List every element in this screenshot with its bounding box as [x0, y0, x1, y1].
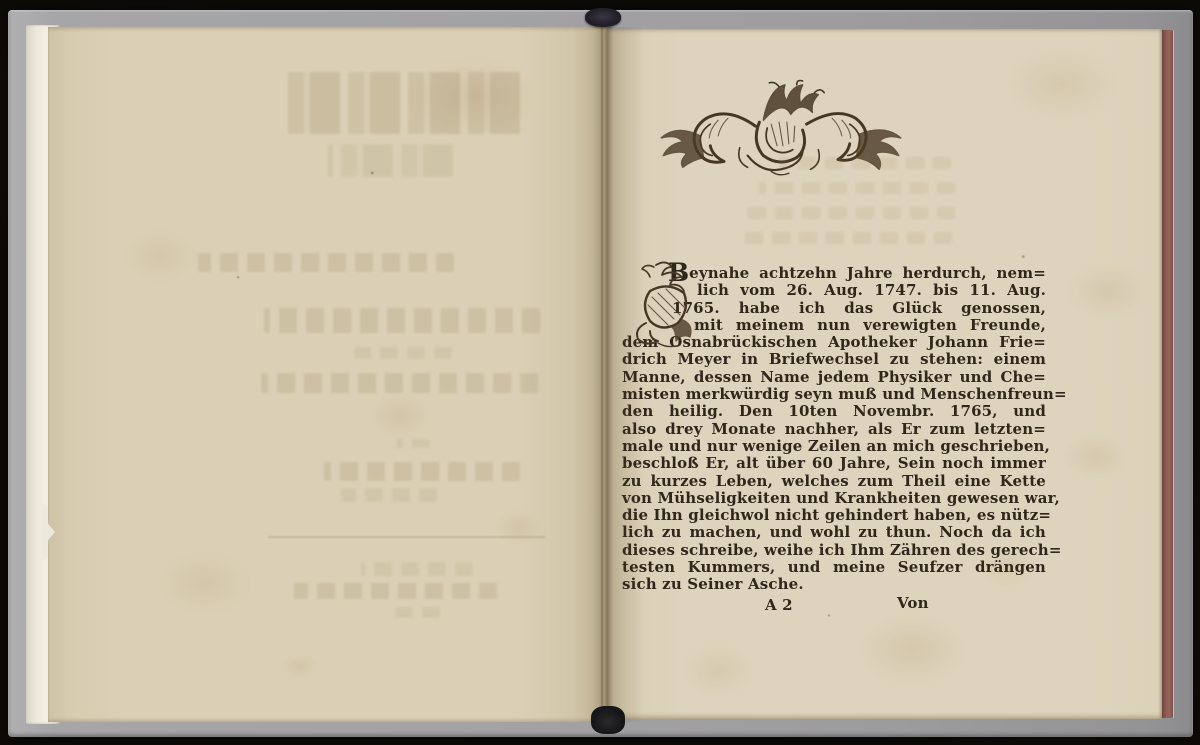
- catchword: Von: [897, 595, 929, 612]
- show-through-line: [354, 347, 452, 359]
- show-through-line: [361, 562, 473, 576]
- text-line: drich Meyer in Briefwechsel zu stehen: e…: [622, 351, 1046, 368]
- show-through-line: [294, 583, 497, 599]
- show-through-subtitle: [328, 144, 453, 177]
- signature-mark: A 2: [765, 597, 793, 614]
- left-page: [48, 27, 607, 722]
- text-line: misten merkwürdig seyn muß und Menschenf…: [622, 386, 1046, 403]
- headband: [585, 8, 621, 27]
- text-line: lich zu machen, und wohl zu thun. Noch d…: [622, 524, 1046, 541]
- fore-edge-red: [1162, 30, 1173, 718]
- text-line: male und nur wenige Zeilen an mich gesch…: [622, 438, 1046, 455]
- show-through-line: [324, 462, 520, 481]
- right-page: Beynahe achtzehn Jahre herdurch, nem= li…: [607, 29, 1162, 719]
- text-line-rest: eynahe achtzehn Jahre herdurch, nem=: [689, 264, 1046, 282]
- text-line: testen Kummers, und meine Seufzer dränge…: [622, 559, 1046, 576]
- show-through-line: [341, 488, 437, 502]
- show-through-line: [737, 232, 952, 244]
- show-through-line: [747, 207, 955, 219]
- gutter-crease: [601, 27, 603, 722]
- show-through-line: [198, 253, 454, 272]
- text-line: den heilig. Den 10ten Novembr. 1765, und: [622, 403, 1046, 420]
- initial-ornament-icon: [628, 257, 710, 351]
- show-through-line: [261, 373, 538, 393]
- tailband: [591, 706, 625, 734]
- catch-row: A 2 Von: [622, 597, 1046, 619]
- text-line: sich zu Seiner Asche.: [622, 576, 1046, 593]
- text-line: Manne, dessen Name jedem Physiker und Ch…: [622, 369, 1046, 386]
- text-line: also drey Monate nachher, als Er zum let…: [622, 421, 1046, 438]
- photo-background: Beynahe achtzehn Jahre herdurch, nem= li…: [0, 0, 1200, 745]
- show-through-line: [391, 607, 440, 618]
- text-line: dieses schreibe, weihe ich Ihm Zähren de…: [622, 542, 1046, 559]
- show-through-line: [779, 157, 951, 169]
- show-through-rule: [268, 536, 546, 538]
- show-through-line: [759, 182, 955, 194]
- text-line: zu kurzes Leben, welches zum Theil eine …: [622, 473, 1046, 490]
- show-through-line: [396, 439, 430, 448]
- show-through-line: [264, 308, 540, 333]
- text-line: von Mühseligkeiten und Krankheiten gewes…: [622, 490, 1046, 507]
- text-line: beschloß Er, alt über 60 Jahre, Sein noc…: [622, 455, 1046, 472]
- body-text: Beynahe achtzehn Jahre herdurch, nem= li…: [622, 265, 1046, 619]
- show-through-title: [280, 72, 520, 134]
- page-edge-chip: [42, 503, 55, 561]
- headpiece-ornament-icon: [652, 79, 910, 187]
- text-line: die Ihn gleichwol nicht gehindert haben,…: [622, 507, 1046, 524]
